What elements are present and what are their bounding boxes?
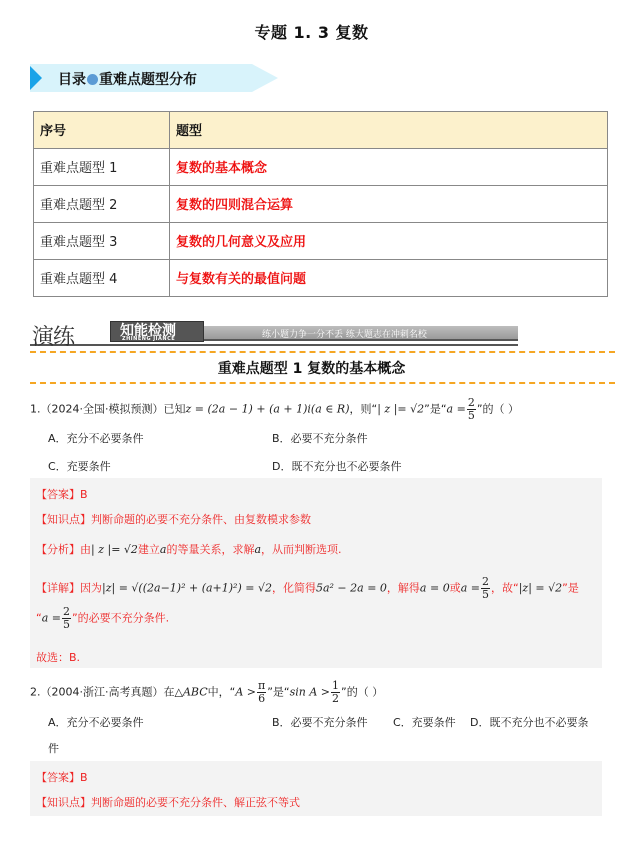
toc-topic-link[interactable]: 与复数有关的最值问题 [170,260,608,297]
analysis-label: 【分析】 [36,543,80,556]
option-b[interactable]: B．必要不充分条件 [272,714,368,730]
detail-math: a = 0 [420,582,450,595]
page-title: 专题 1. 3 复数 [0,20,623,43]
fraction: 25 [467,397,476,422]
detail-text: 或 [450,582,461,595]
toc-header-row: 序号 题型 [34,112,608,149]
denominator: 2 [331,693,340,705]
dashed-divider [30,382,615,384]
option-a[interactable]: A．充分不必要条件 [48,430,144,446]
dashed-divider [30,351,615,353]
analysis-text: 的等量关系，求解 [166,543,254,556]
detail-line-2: “a =25”的必要不充分条件. [36,606,169,631]
toc-topic-link[interactable]: 复数的基本概念 [170,149,608,186]
knowledge-value: 判断命题的必要不充分条件、解正弦不等式 [91,796,300,809]
toc-header-topic: 题型 [170,112,608,149]
answer-label: 【答案】 [36,488,80,501]
option-c[interactable]: C．充要条件 [393,714,456,730]
conclusion-line: 故选：B. [36,649,80,665]
answer-label: 【答案】 [36,771,80,784]
question-1-stem: 1.（2024·全国·模拟预测）已知z = (2a − 1) + (a + 1)… [30,397,519,422]
toc-banner-label: 目录重难点题型分布 [58,69,197,89]
answer-value: B [80,488,88,501]
toc-label-left: 目录 [58,72,86,88]
denominator: 6 [257,693,266,705]
stem-text: ”的（ ） [477,403,519,416]
stem-text: 已知 [164,403,186,416]
condition-math: A > [235,686,256,699]
detail-text: 因为 [80,582,102,595]
detail-text: ”的必要不充分条件. [72,612,169,625]
badge-label-en: ZHINENG JIANCE [122,336,175,342]
stem-text: 在 [164,686,175,699]
option-c[interactable]: C．充要条件 [48,458,111,474]
table-row: 重难点题型 2 复数的四则混合运算 [34,186,608,223]
answer-value: B [80,771,88,784]
table-row: 重难点题型 3 复数的几何意义及应用 [34,223,608,260]
stem-text: ”是“ [267,686,289,699]
table-row: 重难点题型 4 与复数有关的最值问题 [34,260,608,297]
question-2-stem: 2.（2004·浙江·高考真题）在△ABC中，“A >π6”是“sin A >1… [30,680,383,705]
stem-text: ，则“ [350,403,378,416]
condition-math: sin A > [290,686,330,699]
analysis-line: 【分析】由| z |= √2建立a的等量关系，求解a，从而判断选项. [36,541,342,557]
detail-text: ，故“ [491,582,519,595]
practice-label: 演练 [32,320,74,351]
toc-label-right: 重难点题型分布 [99,72,197,88]
detail-text: ，解得 [387,582,420,595]
toc-topic-link[interactable]: 复数的几何意义及应用 [170,223,608,260]
option-d-wrap: 件 [48,740,59,756]
practice-banner: 演练 知能检测 ZHINENG JIANCE 练小题力争一分不丢 练大题志在冲刺… [30,320,518,350]
analysis-text: 由 [80,543,91,556]
toc-index: 重难点题型 1 [34,149,170,186]
analysis-text: 建立 [138,543,160,556]
detail-text: ，化简得 [272,582,316,595]
condition-math: | z |= √2 [377,403,424,416]
toc-topic-link[interactable]: 复数的四则混合运算 [170,186,608,223]
denominator: 5 [467,410,476,422]
toc-table: 序号 题型 重难点题型 1 复数的基本概念 重难点题型 2 复数的四则混合运算 … [33,111,608,297]
toc-index: 重难点题型 2 [34,186,170,223]
detail-math: |z| = √2 [519,582,562,595]
analysis-math: | z |= √2 [91,543,138,556]
option-d[interactable]: D．既不充分也不必要条件 [272,458,401,474]
question-source: （2024·全国·模拟预测） [41,403,164,416]
knowledge-value: 判断命题的必要不充分条件、由复数模求参数 [91,513,311,526]
fraction: 12 [331,680,340,705]
knowledge-label: 【知识点】 [36,513,91,526]
toc-index: 重难点题型 4 [34,260,170,297]
stem-text: ”的（ ） [341,686,383,699]
answer-box: 【答案】B 【知识点】判断命题的必要不充分条件、由复数模求参数 【分析】由| z… [30,478,602,668]
detail-math: 5a² − 2a = 0 [316,582,387,595]
bullet-dot-icon [87,74,98,85]
fraction: 25 [62,606,71,631]
knowledge-line: 【知识点】判断命题的必要不充分条件、由复数模求参数 [36,511,311,527]
question-source: （2004·浙江·高考真题） [41,686,164,699]
denominator: 5 [481,589,490,601]
question-number: 1. [30,403,41,416]
denominator: 5 [62,619,71,631]
toc-banner: 目录重难点题型分布 [30,64,278,92]
detail-text: ”是 [562,582,579,595]
section-title: 重难点题型 1 复数的基本概念 [0,358,623,378]
question-number: 2. [30,686,41,699]
knowledge-label: 【知识点】 [36,796,91,809]
detail-math: a = [42,612,61,625]
detail-math: a = [461,582,480,595]
knowledge-line: 【知识点】判断命题的必要不充分条件、解正弦不等式 [36,794,300,810]
analysis-text: ，从而判断选项. [261,543,342,556]
fraction: π6 [257,680,266,705]
table-row: 重难点题型 1 复数的基本概念 [34,149,608,186]
toc-index: 重难点题型 3 [34,223,170,260]
answer-line: 【答案】B [36,769,88,785]
option-b[interactable]: B．必要不充分条件 [272,430,368,446]
detail-line-1: 【详解】因为|z| = √((2a−1)² + (a+1)²) = √2，化简得… [36,576,579,601]
banner-underline [30,344,518,346]
stem-text: ”是“ [424,403,446,416]
detail-label: 【详解】 [36,582,80,595]
option-d[interactable]: D．既不充分也不必要条 [470,714,588,730]
stem-math: z = (2a − 1) + (a + 1)i(a ∈ R) [186,403,350,416]
detail-math: |z| = √((2a−1)² + (a+1)²) = √2 [102,582,272,595]
option-a[interactable]: A．充分不必要条件 [48,714,144,730]
condition-math: a = [447,403,466,416]
banner-slogan: 练小题力争一分不丢 练大题志在冲刺名校 [262,327,427,340]
toc-header-index: 序号 [34,112,170,149]
stem-math: △ABC [175,686,208,699]
stem-text: 中，“ [208,686,236,699]
answer-line: 【答案】B [36,486,88,502]
answer-box: 【答案】B 【知识点】判断命题的必要不充分条件、解正弦不等式 [30,761,602,816]
fraction: 25 [481,576,490,601]
